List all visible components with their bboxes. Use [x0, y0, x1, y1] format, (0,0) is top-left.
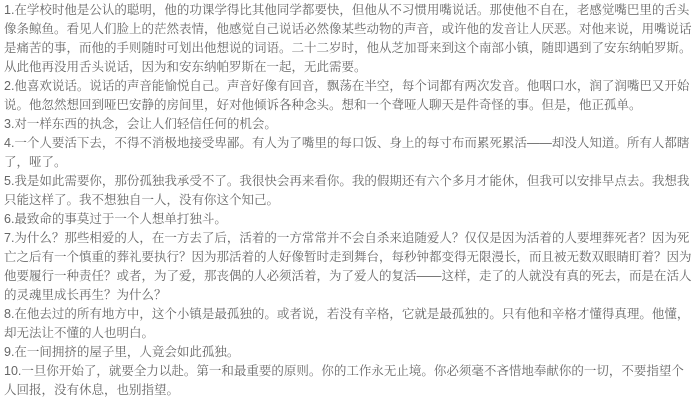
quote-paragraph-9: 9.在一间拥挤的屋子里，人竟会如此孤独。: [4, 343, 696, 362]
quote-paragraph-4: 4.一个人要活下去，不得不消极地接受卑鄙。有人为了嘴里的每口饭、身上的每寸布而累…: [4, 134, 696, 172]
quote-paragraph-6: 6.最致命的事莫过于一个人想单打独斗。: [4, 210, 696, 229]
quote-paragraph-3: 3.对一样东西的执念，会让人们轻信任何的机会。: [4, 115, 696, 134]
quote-paragraph-7: 7.为什么？那些相爱的人，在一方去了后，活着的一方常常并不会自杀来追随爱人？仅仅…: [4, 229, 696, 305]
quote-paragraph-1: 1.在学校时他是公认的聪明，他的功课学得比其他同学都要快，但他从不习惯用嘴说话。…: [4, 1, 696, 77]
quote-paragraph-8: 8.在他去过的所有地方中，这个小镇是最孤独的。或者说，若没有辛格，它就是最孤独的…: [4, 305, 696, 343]
quote-paragraph-2: 2.他喜欢说话。说话的声音能愉悦自己。声音好像有回音，飘荡在半空，每个词都有两次…: [4, 77, 696, 115]
article-text: 1.在学校时他是公认的聪明，他的功课学得比其他同学都要快，但他从不习惯用嘴说话。…: [0, 0, 700, 400]
quote-paragraph-5: 5.我是如此需要你，那份孤独我承受不了。我很快会再来看你。我的假期还有六个多月才…: [4, 172, 696, 210]
quote-paragraph-10: 10.一旦你开始了，就要全力以赴。第一和最重要的原则。你的工作永无止境。你必须毫…: [4, 362, 696, 400]
